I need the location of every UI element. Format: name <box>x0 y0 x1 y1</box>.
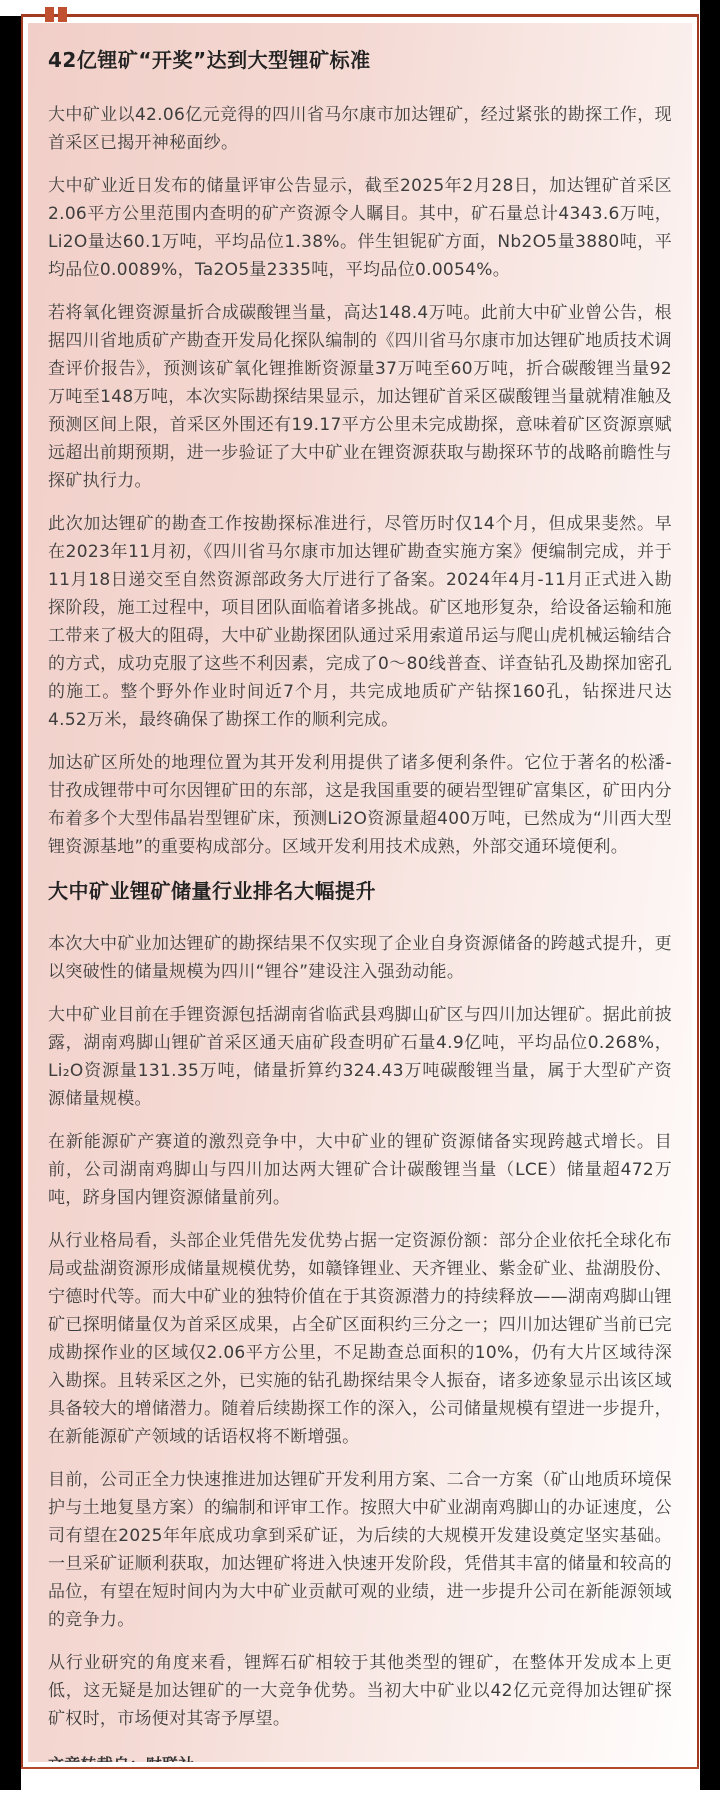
article-card: 42亿锂矿“开奖”达到大型锂矿标准 大中矿业以42.06亿元竞得的四川省马尔康市… <box>28 23 692 1762</box>
paragraph: 加达矿区所处的地理位置为其开发利用提供了诸多便利条件。它位于著名的松潘-甘孜成锂… <box>48 749 672 861</box>
paragraph: 从行业格局看，头部企业凭借先发优势占据一定资源份额：部分企业依托全球化布局或盐湖… <box>48 1227 672 1451</box>
right-border-line <box>697 15 699 1769</box>
paragraph: 此次加达锂矿的勘查工作按勘探标准进行，尽管历时仅14个月，但成果斐然。早在202… <box>48 510 672 734</box>
paragraph: 大中矿业以42.06亿元竞得的四川省马尔康市加达锂矿，经过紧张的勘探工作，现首采… <box>48 101 672 157</box>
section-heading: 大中矿业锂矿储量行业排名大幅提升 <box>48 876 672 906</box>
paragraph: 大中矿业目前在手锂资源包括湖南省临武县鸡脚山矿区与四川加达锂矿。据此前披露，湖南… <box>48 1001 672 1113</box>
paragraph: 从行业研究的角度来看，锂辉石矿相较于其他类型的锂矿，在整体开发成本上更低，这无疑… <box>48 1649 672 1733</box>
bottom-divider-line <box>21 1767 699 1769</box>
left-border-line <box>21 15 23 1769</box>
right-black-margin <box>700 0 720 1790</box>
paragraph: 本次大中矿业加达锂矿的勘探结果不仅实现了企业自身资源储备的跨越式提升，更以突破性… <box>48 930 672 986</box>
deco-rect-icon <box>45 7 54 22</box>
paragraph: 若将氧化锂资源量折合成碳酸锂当量，高达148.4万吨。此前大中矿业曾公告，根据四… <box>48 299 672 495</box>
source-note: 文章转载自：财联社 <box>48 1753 672 1762</box>
deco-rect-icon <box>58 7 67 22</box>
left-black-margin <box>0 16 21 1790</box>
paragraph: 大中矿业近日发布的储量评审公告显示，截至2025年2月28日，加达锂矿首采区2.… <box>48 172 672 284</box>
top-divider-line <box>21 14 699 17</box>
paragraph: 目前，公司正全力快速推进加达锂矿开发利用方案、二合一方案（矿山地质环境保护与土地… <box>48 1466 672 1634</box>
paragraph: 在新能源矿产赛道的激烈竞争中，大中矿业的锂矿资源储备实现跨越式增长。目前，公司湖… <box>48 1128 672 1212</box>
article-title: 42亿锂矿“开奖”达到大型锂矿标准 <box>48 45 672 75</box>
